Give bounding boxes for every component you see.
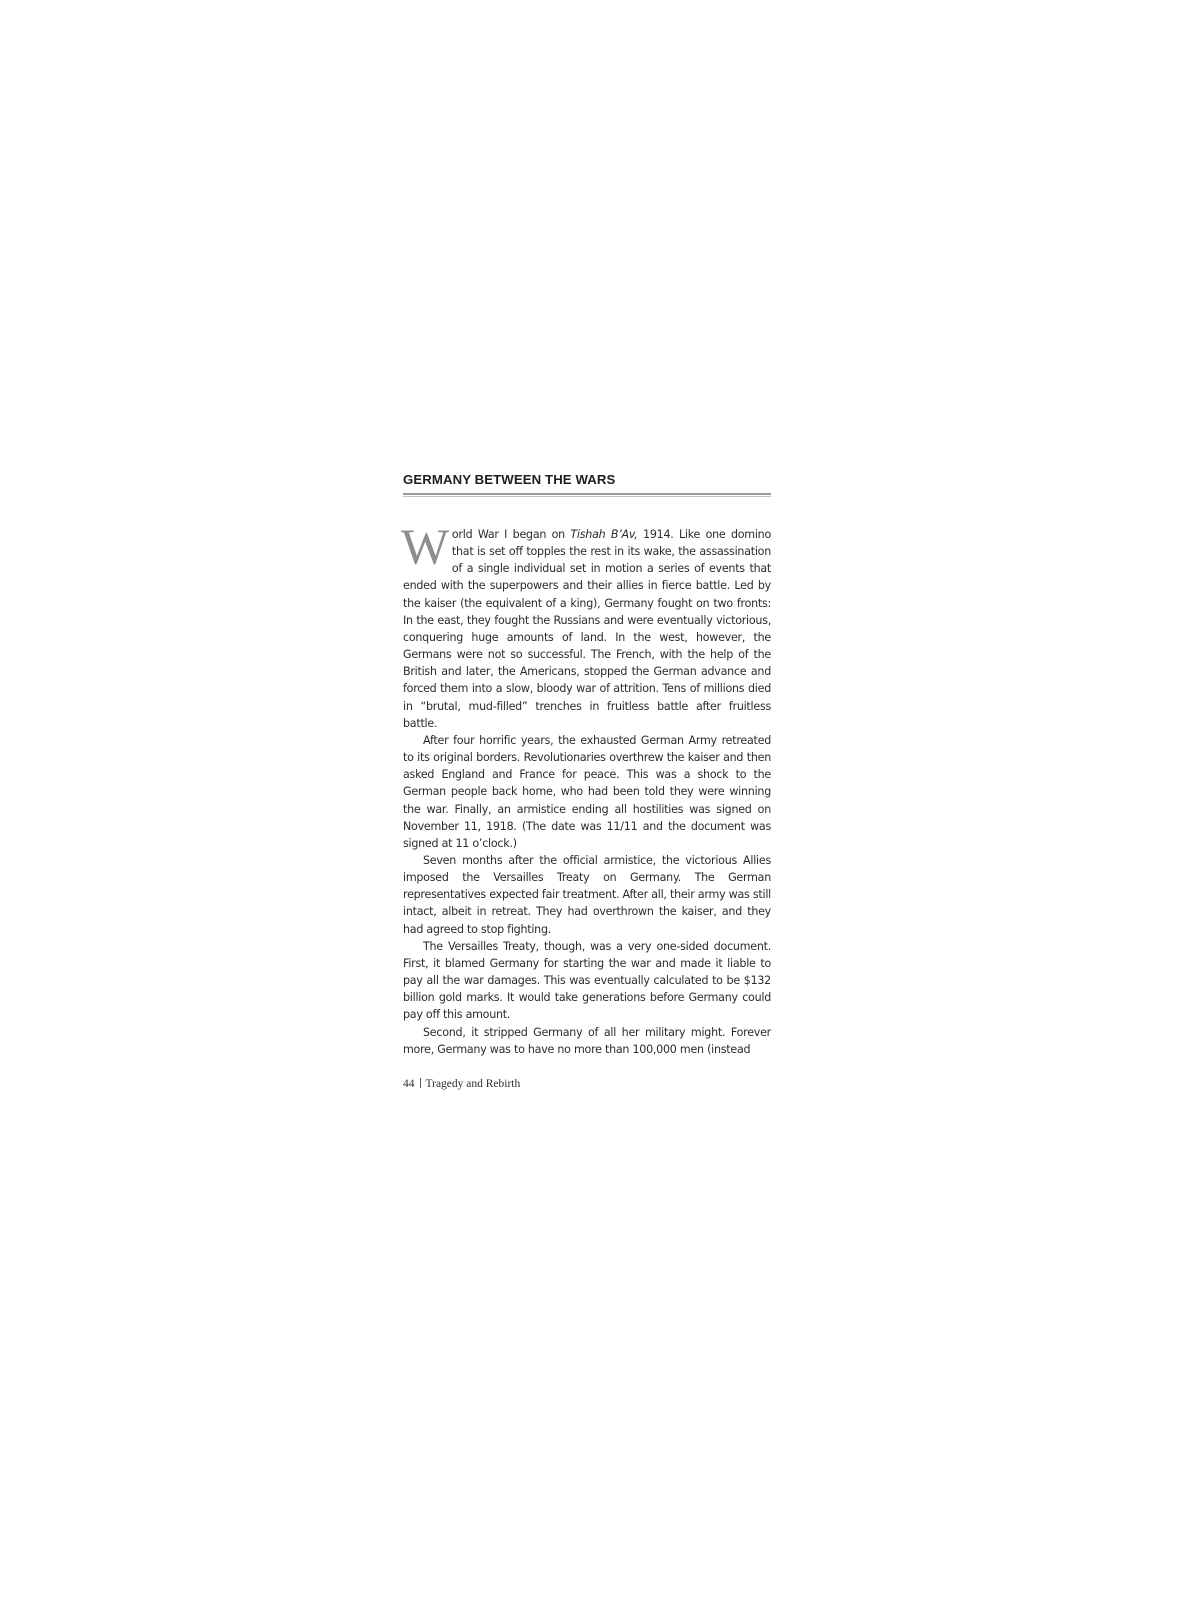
article-body: World War I began on Tishah B’Av, 1914. … (403, 526, 771, 1058)
paragraph-4: The Versailles Treaty, though, was a ver… (403, 938, 771, 1024)
paragraph-2: After four horrific years, the exhausted… (403, 732, 771, 852)
paragraph-1: World War I began on Tishah B’Av, 1914. … (403, 526, 771, 732)
page-number: 44 (403, 1078, 415, 1090)
drop-cap: W (401, 527, 449, 565)
paragraph-1-rest: 1914. Like one domino that is set off to… (403, 528, 771, 730)
paragraph-1-italic: Tishah B’Av, (570, 528, 637, 541)
page-footer: 44Tragedy and Rebirth (403, 1078, 520, 1090)
paragraph-5: Second, it stripped Germany of all her m… (403, 1024, 771, 1058)
title-rule (403, 493, 771, 497)
section-title: GERMANY BETWEEN THE WARS (403, 471, 771, 489)
paragraph-1-lead: orld War I began on (452, 528, 571, 541)
paragraph-3: Seven months after the official armistic… (403, 852, 771, 938)
book-page: GERMANY BETWEEN THE WARS World War I beg… (403, 471, 771, 1058)
footer-separator (420, 1078, 421, 1088)
book-title: Tragedy and Rebirth (426, 1078, 521, 1090)
